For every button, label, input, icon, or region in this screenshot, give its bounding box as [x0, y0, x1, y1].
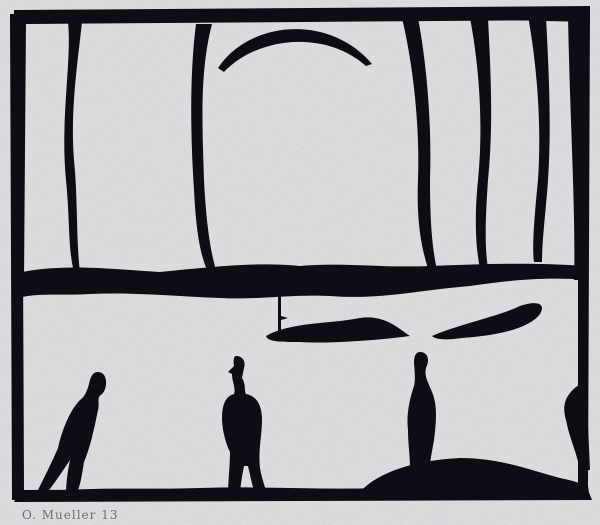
artist-signature: O. Mueller 13	[22, 508, 118, 522]
ink-artwork: O. Mueller 13	[0, 0, 600, 525]
artwork-drawing	[0, 0, 600, 525]
